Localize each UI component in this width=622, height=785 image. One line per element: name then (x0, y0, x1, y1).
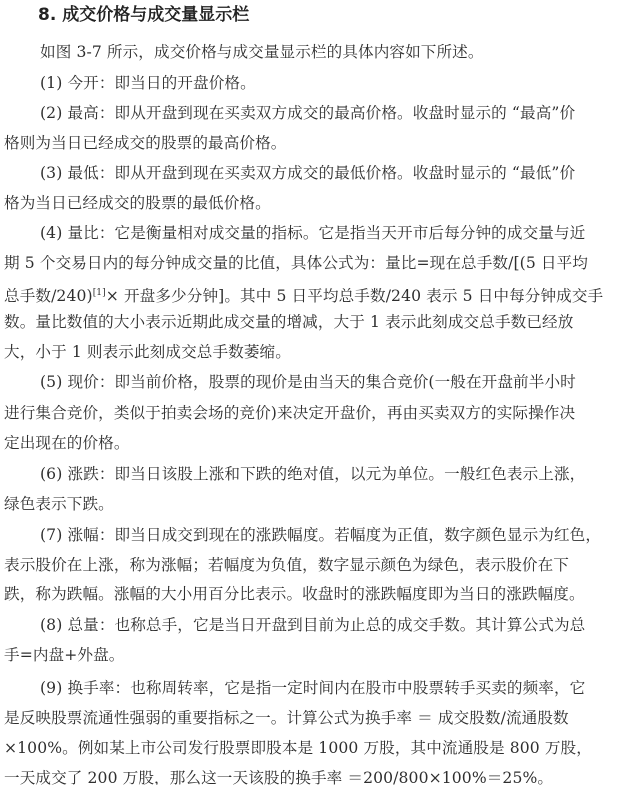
line-text: 格则为当日已经成交的股票的最高价格。 (4, 134, 287, 152)
line-text: (9) 换手率：也称周转率，它是指一定时间内在股市中股票转手买卖的频率，它 (40, 679, 585, 697)
paragraph-first-line: (4) 量比：它是衡量相对成交量的指标。它是指当天开市后每分钟的成交量与近 (40, 222, 585, 244)
line-text: 期 5 个交易日内的每分钟成交量的比值，具体公式为：量比=现在总手数/[(5 日… (4, 254, 588, 272)
paragraph-line: 大，小于 1 则表示此刻成交总手数萎缩。 (4, 341, 291, 363)
line-text: 定出现在的价格。 (4, 434, 130, 452)
line-text: (3) 最低：即从开盘到现在买卖双方成交的最低价格。收盘时显示的 “最低”价 (40, 164, 575, 182)
paragraph-line: 是反映股票流通性强弱的重要指标之一。计算公式为换手率 ＝ 成交股数/流通股数 (4, 707, 569, 729)
line-text: (4) 量比：它是衡量相对成交量的指标。它是指当天开市后每分钟的成交量与近 (40, 224, 585, 242)
line-text: 格为当日已经成交的股票的最低价格。 (4, 194, 271, 212)
line-text: (1) 今开：即当日的开盘价格。 (40, 74, 256, 92)
paragraph-first-line: 如图 3-7 所示，成交价格与成交量显示栏的具体内容如下所述。 (40, 41, 484, 63)
section-heading: 8. 成交价格与成交量显示栏 (38, 3, 249, 27)
paragraph-first-line: (6) 涨跌：即当日该股上涨和下跌的绝对值，以元为单位。一般红色表示上涨， (40, 463, 585, 485)
paragraph-line: 一天成交了 200 万股，那么这一天该股的换手率 ＝200/800×100%＝2… (4, 767, 553, 785)
line-text: (7) 涨幅：即当日成交到现在的涨跌幅度。若幅度为正值，数字颜色显示为红色， (40, 526, 601, 544)
paragraph-line: 进行集合竞价，类似于拍卖会场的竞价)来决定开盘价，再由买卖双方的实际操作决 (4, 402, 575, 424)
paragraph-line: 格为当日已经成交的股票的最低价格。 (4, 192, 271, 214)
line-text: 如图 3-7 所示，成交价格与成交量显示栏的具体内容如下所述。 (40, 43, 484, 61)
paragraph-line: 跌，称为跌幅。涨幅的大小用百分比表示。收盘时的涨跌幅度即为当日的涨跌幅度。 (4, 583, 585, 605)
paragraph-line: 表示股价在上涨，称为涨幅；若幅度为负值，数字显示颜色为绿色，表示股价在下 (4, 554, 569, 576)
paragraph-first-line: (7) 涨幅：即当日成交到现在的涨跌幅度。若幅度为正值，数字颜色显示为红色， (40, 524, 601, 546)
line-text: 数。量比数值的大小表示近期此成交量的增减，大于 1 表示此刻成交总手数已经放 (4, 313, 573, 331)
paragraph-line: 期 5 个交易日内的每分钟成交量的比值，具体公式为：量比=现在总手数/[(5 日… (4, 252, 588, 274)
line-text: 跌，称为跌幅。涨幅的大小用百分比表示。收盘时的涨跌幅度即为当日的涨跌幅度。 (4, 585, 585, 603)
footnote-marker: [1] (93, 288, 106, 298)
line-text: (6) 涨跌：即当日该股上涨和下跌的绝对值，以元为单位。一般红色表示上涨， (40, 465, 585, 483)
line-text: (8) 总量：也称总手，它是当日开盘到目前为止总的成交手数。其计算公式为总 (40, 616, 585, 634)
line-text: (2) 最高：即从开盘到现在买卖双方成交的最高价格。收盘时显示的 “最高”价 (40, 104, 575, 122)
line-text: ×100%。例如某上市公司发行股票即股本是 1000 万股，其中流通股是 800… (4, 739, 592, 757)
paragraph-line: 总手数/240)[1]× 开盘多少分钟]。其中 5 日平均总手数/240 表示 … (4, 282, 603, 307)
line-text: 一天成交了 200 万股，那么这一天该股的换手率 ＝200/800×100%＝2… (4, 769, 553, 785)
line-text: 进行集合竞价，类似于拍卖会场的竞价)来决定开盘价，再由买卖双方的实际操作决 (4, 404, 575, 422)
paragraph-line: 绿色表示下跌。 (4, 493, 114, 515)
line-text-continued: × 开盘多少分钟]。其中 5 日平均总手数/240 表示 5 日中每分钟成交手 (106, 287, 604, 305)
paragraph-line: 格则为当日已经成交的股票的最高价格。 (4, 132, 287, 154)
paragraph-first-line: (3) 最低：即从开盘到现在买卖双方成交的最低价格。收盘时显示的 “最低”价 (40, 162, 575, 184)
line-text: (5) 现价：即当前价格，股票的现价是由当天的集合竞价(一般在开盘前半小时 (40, 373, 576, 391)
paragraph-line: 数。量比数值的大小表示近期此成交量的增减，大于 1 表示此刻成交总手数已经放 (4, 311, 573, 333)
paragraph-line: ×100%。例如某上市公司发行股票即股本是 1000 万股，其中流通股是 800… (4, 737, 592, 759)
paragraph-line: 定出现在的价格。 (4, 432, 130, 454)
line-text: 表示股价在上涨，称为涨幅；若幅度为负值，数字显示颜色为绿色，表示股价在下 (4, 556, 569, 574)
line-text: 大，小于 1 则表示此刻成交总手数萎缩。 (4, 343, 291, 361)
line-text: 总手数/240) (4, 287, 93, 305)
paragraph-first-line: (5) 现价：即当前价格，股票的现价是由当天的集合竞价(一般在开盘前半小时 (40, 371, 576, 393)
line-text: 手=内盘+外盘。 (4, 646, 125, 664)
line-text: 绿色表示下跌。 (4, 495, 114, 513)
paragraph-first-line: (1) 今开：即当日的开盘价格。 (40, 72, 256, 94)
paragraph-first-line: (9) 换手率：也称周转率，它是指一定时间内在股市中股票转手买卖的频率，它 (40, 677, 585, 699)
paragraph-first-line: (2) 最高：即从开盘到现在买卖双方成交的最高价格。收盘时显示的 “最高”价 (40, 102, 575, 124)
line-text: 是反映股票流通性强弱的重要指标之一。计算公式为换手率 ＝ 成交股数/流通股数 (4, 709, 569, 727)
paragraph-first-line: (8) 总量：也称总手，它是当日开盘到目前为止总的成交手数。其计算公式为总 (40, 614, 585, 636)
paragraph-line: 手=内盘+外盘。 (4, 644, 125, 666)
